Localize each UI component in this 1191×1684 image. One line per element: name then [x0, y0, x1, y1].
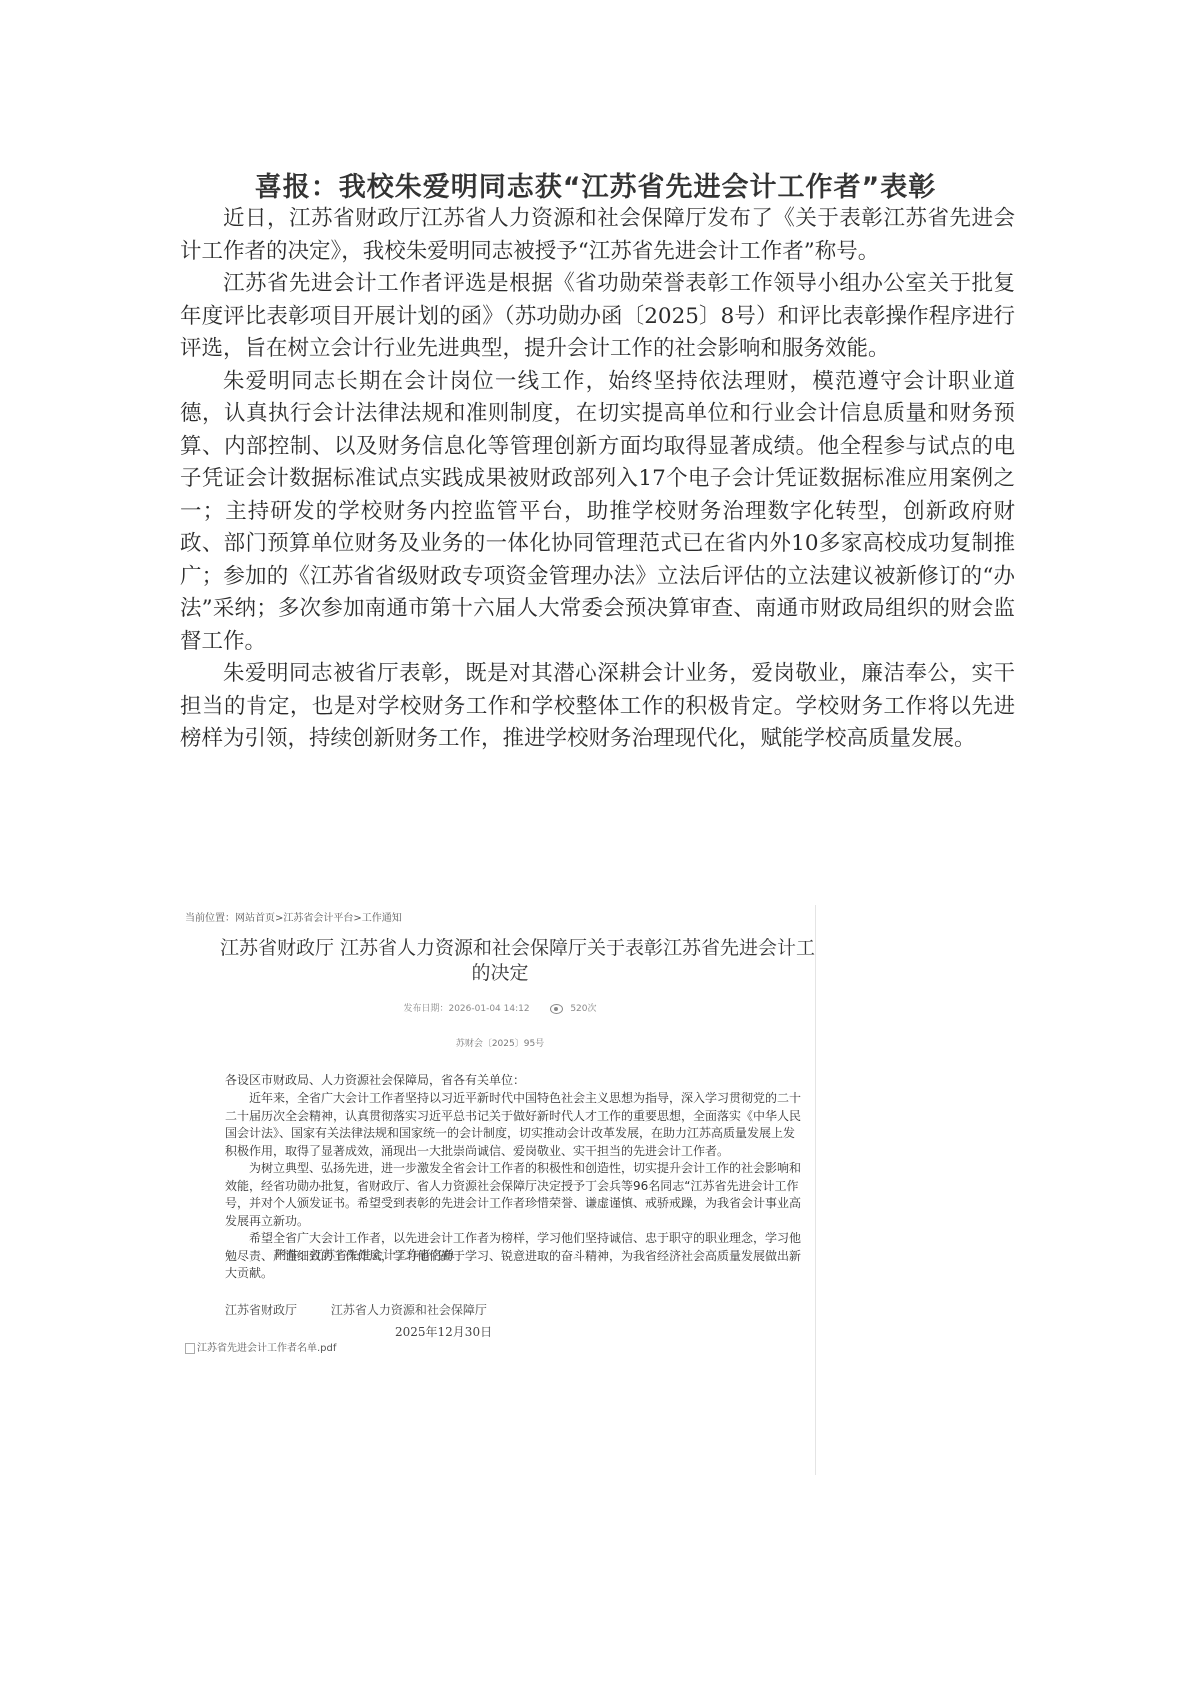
attachment-label: 附件：江苏省先进会计工作者名单 [275, 1246, 455, 1263]
screenshot-edge [815, 905, 816, 1475]
breadcrumb: 当前位置：网站首页>江苏省会计平台>工作通知 [185, 909, 402, 924]
article-title: 喜报：我校朱爱明同志获“江苏省先进会计工作者”表彰 [0, 165, 1191, 204]
notice-line: 二十届历次全会精神，认真贯彻落实习近平总书记关于做好新时代人才工作的重要思想，全… [225, 1108, 815, 1126]
notice-line: 近年来，全省广大会计工作者坚持以习近平新时代中国特色社会主义思想为指导，深入学习… [225, 1090, 815, 1108]
notice-line: 希望全省广大会计工作者，以先进会计工作者为榜样，学习他们坚持诚信、忠于职守的职业… [225, 1230, 815, 1248]
notice-title-line1: 江苏省财政厅 江苏省人力资源和社会保障厅关于表彰江苏省先进会计工 [220, 936, 815, 961]
file-icon [185, 1343, 195, 1354]
notice-title: 江苏省财政厅 江苏省人力资源和社会保障厅关于表彰江苏省先进会计工 的决定 [185, 936, 815, 986]
paragraph: 朱爱明同志被省厅表彰，既是对其潜心深耕会计业务，爱岗敬业，廉洁奉公，实干担当的肯… [180, 658, 1015, 756]
paragraph: 江苏省先进会计工作者评选是根据《省功勋荣誉表彰工作领导小组办公室关于批复年度评比… [180, 268, 1015, 366]
notice-date: 2025年12月30日 [395, 1323, 492, 1340]
eye-icon [550, 1004, 563, 1014]
notice-line: 大贡献。 [225, 1265, 815, 1283]
embedded-notice-screenshot: 当前位置：网站首页>江苏省会计平台>工作通知 江苏省财政厅 江苏省人力资源和社会… [185, 858, 815, 1398]
publish-date: 发布日期：2026-01-04 14:12 [403, 1004, 529, 1014]
pdf-attachment-link[interactable]: 江苏省先进会计工作者名单.pdf [185, 1339, 336, 1354]
notice-title-line2: 的决定 [471, 962, 528, 984]
signatory: 江苏省人力资源和社会保障厅 [331, 1303, 487, 1317]
addressee: 各设区市财政局、人力资源社会保障局，省各有关单位： [225, 1071, 525, 1088]
notice-line: 为树立典型、弘扬先进，进一步激发全省会计工作者的积极性和创造性，切实提升会计工作… [225, 1160, 815, 1178]
paragraph: 朱爱明同志长期在会计岗位一线工作，始终坚持依法理财，模范遵守会计职业道德，认真执… [180, 366, 1015, 659]
signatory: 江苏省财政厅 [225, 1303, 297, 1317]
pdf-link-text[interactable]: 江苏省先进会计工作者名单.pdf [197, 1343, 336, 1354]
paragraph: 近日，江苏省财政厅江苏省人力资源和社会保障厅发布了《关于表彰江苏省先进会计工作者… [180, 203, 1015, 268]
notice-line: 效能，经省功勋办批复，省财政厅、省人力资源社会保障厅决定授予丁会兵等96名同志“… [225, 1178, 815, 1196]
notice-meta: 发布日期：2026-01-04 14:12 520次 [185, 1001, 815, 1014]
article-body: 近日，江苏省财政厅江苏省人力资源和社会保障厅发布了《关于表彰江苏省先进会计工作者… [180, 203, 1015, 756]
notice-line: 积极作用，取得了显著成效，涌现出一大批崇尚诚信、爱岗敬业、实干担当的先进会计工作… [225, 1143, 815, 1161]
document-number: 苏财会〔2025〕95号 [185, 1036, 815, 1049]
view-count: 520次 [570, 1004, 596, 1014]
notice-line: 发展再立新功。 [225, 1213, 815, 1231]
notice-line: 国会计法》、国家有关法律法规和国家统一的会计制度，切实推动会计改革发展，在助力江… [225, 1125, 815, 1143]
signatories: 江苏省财政厅 江苏省人力资源和社会保障厅 [225, 1301, 487, 1318]
notice-line: 号，并对个人颁发证书。希望受到表彰的先进会计工作者珍惜荣誉、谦虚谨慎、戒骄戒躁，… [225, 1195, 815, 1213]
